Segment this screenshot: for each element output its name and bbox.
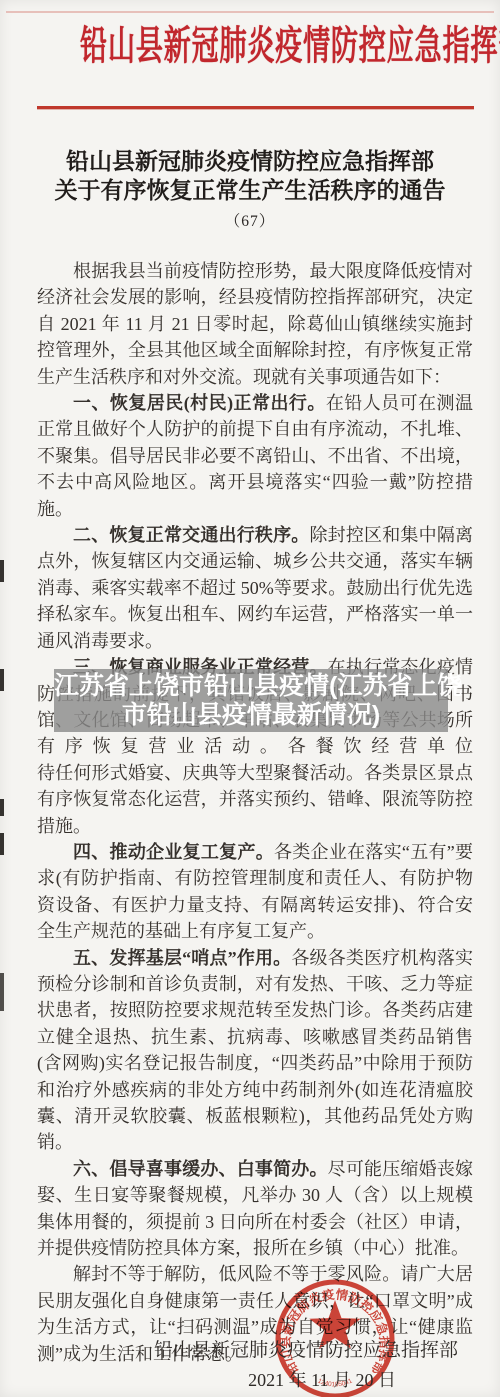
section-4-paragraph: 四、推动企业复工复产。各类企业在落实“五有”要求(有防护指南、有防控管理制度和责… — [37, 839, 473, 945]
scan-edge-artifact — [0, 560, 4, 582]
watermark-overlay: 江苏省上饶市铅山县疫情(江苏省上饶 市铅山县疫情最新情况) — [54, 669, 448, 732]
section-6-paragraph: 六、倡导喜事缓办、白事简办。尽可能压缩婚丧嫁娶、生日宴等聚餐规模，凡举办 30 … — [37, 1156, 473, 1262]
document-number: （67） — [0, 209, 500, 231]
scan-edge-artifact — [0, 799, 4, 816]
document-title: 铅山县新冠肺炎疫情防控应急指挥部 关于有序恢复正常生产生活秩序的通告 — [0, 147, 500, 205]
scan-edge-artifact — [0, 669, 4, 691]
red-divider-line — [37, 106, 474, 109]
document-photo: 铅山县新冠肺炎疫情防控应急指挥部 铅山县新冠肺炎疫情防控应急指挥部 关于有序恢复… — [0, 0, 500, 1397]
document-title-line1: 铅山县新冠肺炎疫情防控应急指挥部 — [66, 149, 434, 174]
section-5-paragraph: 五、发挥基层“哨点”作用。各级各类医疗机构落实预检分诊制和首诊负责制，对有发热、… — [37, 945, 473, 1156]
scan-edge-artifact — [0, 973, 4, 1011]
watermark-text-line1: 江苏省上饶市铅山县疫情(江苏省上饶 — [54, 672, 448, 701]
document-title-line2: 关于有序恢复正常生产生活秩序的通告 — [55, 178, 446, 203]
masthead-title: 铅山县新冠肺炎疫情防控应急指挥部 — [80, 14, 420, 71]
signature-line: 铅山县新冠肺炎疫情防控应急指挥部 — [154, 1335, 458, 1362]
intro-paragraph: 根据我县当前疫情防控形势，最大限度降低疫情对经济社会发展的影响，经县疫情防控指挥… — [37, 258, 473, 390]
section-1-paragraph: 一、恢复居民(村民)正常出行。在铅人员可在测温正常且做好个人防护的前提下自由有序… — [37, 390, 473, 522]
date-line: 2021 年 11 月 20 日 — [248, 1366, 396, 1392]
watermark-text-line2: 市铅山县疫情最新情况) — [54, 701, 448, 730]
document-body: 根据我县当前疫情防控形势，最大限度降低疫情对经济社会发展的影响，经县疫情防控指挥… — [37, 258, 473, 1367]
section-2-paragraph: 二、恢复正常交通出行秩序。除封控区和集中隔离点外，恢复辖区内交通运输、城乡公共交… — [37, 522, 473, 654]
scan-edge-artifact — [0, 833, 4, 855]
top-edge-line — [6, 11, 494, 13]
